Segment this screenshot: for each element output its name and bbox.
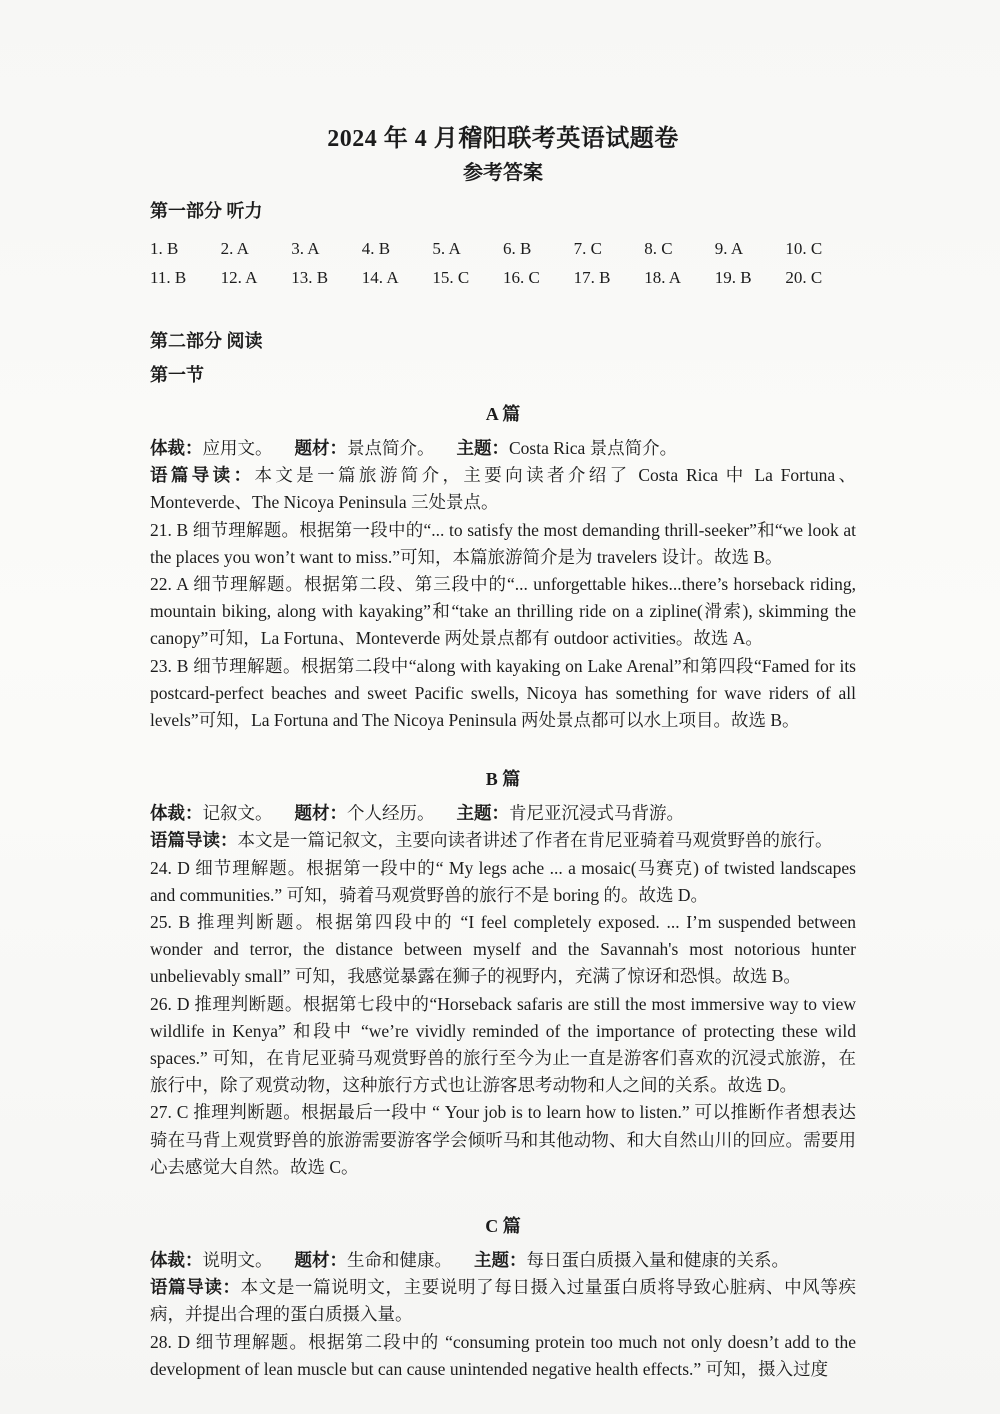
meta-material-label: 题材： <box>295 803 348 823</box>
passage-c-meta: 体裁：说明文。题材：生命和健康。主题：每日蛋白质摄入量和健康的关系。 <box>150 1247 856 1274</box>
meta-genre-label: 体裁： <box>150 803 203 823</box>
answer-cell: 5. A <box>432 234 503 263</box>
meta-theme: 主题：肯尼亚沉浸式马背游。 <box>457 803 685 823</box>
answer-cell: 7. C <box>574 234 645 263</box>
meta-material-label: 题材： <box>295 438 348 458</box>
meta-theme-label: 主题： <box>474 1250 527 1270</box>
meta-material-label: 题材： <box>295 1250 348 1270</box>
answer-cell: 8. C <box>644 234 715 263</box>
answer-cell: 15. C <box>432 263 503 292</box>
listening-answers-row-1: 1. B 2. A 3. A 4. B 5. A 6. B 7. C 8. C … <box>150 234 856 263</box>
meta-material: 题材：个人经历。 <box>295 803 435 823</box>
meta-theme-value: 肯尼亚沉浸式马背游。 <box>509 803 684 823</box>
answer-cell: 9. A <box>715 234 786 263</box>
guide-label: 语篇导读： <box>150 465 254 485</box>
answer-cell: 16. C <box>503 263 574 292</box>
answer-explanation-22: 22. A 细节理解题。根据第二段、第三段中的“... unforgettabl… <box>150 571 856 653</box>
answer-cell: 18. A <box>644 263 715 292</box>
answer-explanation-25: 25. B 推理判断题。根据第四段中的 “I feel completely e… <box>150 909 856 991</box>
meta-theme-label: 主题： <box>457 438 510 458</box>
document-content: 2024 年 4 月稽阳联考英语试题卷 参考答案 第一部分 听力 1. B 2.… <box>150 122 856 1383</box>
guide-label: 语篇导读： <box>150 830 238 850</box>
answer-cell: 6. B <box>503 234 574 263</box>
meta-genre: 体裁：记叙文。 <box>150 803 273 823</box>
passage-b-meta: 体裁：记叙文。题材：个人经历。主题：肯尼亚沉浸式马背游。 <box>150 800 856 827</box>
passage-b-heading: B 篇 <box>150 766 856 793</box>
answer-explanation-28: 28. D 细节理解题。根据第二段中的 “consuming protein t… <box>150 1329 856 1383</box>
guide-text: 本文是一篇说明文，主要说明了每日摄入过量蛋白质将导致心脏病、中风等疾病，并提出合… <box>150 1277 856 1324</box>
meta-material-value: 生命和健康。 <box>347 1250 452 1270</box>
section-heading-reading: 第二部分 阅读 <box>150 328 856 355</box>
passage-a-meta: 体裁：应用文。题材：景点简介。主题：Costa Rica 景点简介。 <box>150 435 856 462</box>
passage-b-guide: 语篇导读：本文是一篇记叙文，主要向读者讲述了作者在肯尼亚骑着马观赏野兽的旅行。 <box>150 827 856 854</box>
answer-cell: 19. B <box>715 263 786 292</box>
answer-cell: 4. B <box>362 234 433 263</box>
meta-theme-label: 主题： <box>457 803 510 823</box>
meta-genre-label: 体裁： <box>150 1250 203 1270</box>
section-heading-listening: 第一部分 听力 <box>150 198 856 225</box>
guide-label: 语篇导读： <box>150 1277 241 1297</box>
answer-cell: 17. B <box>574 263 645 292</box>
answer-cell: 1. B <box>150 234 221 263</box>
passage-c-heading: C 篇 <box>150 1213 856 1240</box>
answer-cell: 10. C <box>785 234 856 263</box>
document-page: 2024 年 4 月稽阳联考英语试题卷 参考答案 第一部分 听力 1. B 2.… <box>0 0 1000 1414</box>
page-title: 2024 年 4 月稽阳联考英语试题卷 <box>150 122 856 156</box>
meta-material: 题材：生命和健康。 <box>295 1250 453 1270</box>
answer-explanation-21: 21. B 细节理解题。根据第一段中的“... to satisfy the m… <box>150 517 856 571</box>
meta-theme: 主题：每日蛋白质摄入量和健康的关系。 <box>474 1250 789 1270</box>
meta-theme-value: Costa Rica 景点简介。 <box>509 438 677 458</box>
meta-material: 题材：景点简介。 <box>295 438 435 458</box>
meta-genre: 体裁：说明文。 <box>150 1250 273 1270</box>
meta-material-value: 个人经历。 <box>347 803 435 823</box>
meta-genre: 体裁：应用文。 <box>150 438 273 458</box>
meta-theme-value: 每日蛋白质摄入量和健康的关系。 <box>527 1250 790 1270</box>
meta-theme: 主题：Costa Rica 景点简介。 <box>457 438 678 458</box>
guide-text: 本文是一篇记叙文，主要向读者讲述了作者在肯尼亚骑着马观赏野兽的旅行。 <box>238 830 833 850</box>
guide-text: 本文是一篇旅游简介，主要向读者介绍了 Costa Rica 中 La Fortu… <box>150 465 856 512</box>
answer-cell: 2. A <box>221 234 292 263</box>
meta-genre-value: 说明文。 <box>203 1250 273 1270</box>
answer-explanation-27: 27. C 推理判断题。根据最后一段中 “ Your job is to lea… <box>150 1099 856 1181</box>
answer-cell: 14. A <box>362 263 433 292</box>
reading-subheading: 第一节 <box>150 362 856 389</box>
passage-a-guide: 语篇导读：本文是一篇旅游简介，主要向读者介绍了 Costa Rica 中 La … <box>150 462 856 516</box>
meta-genre-label: 体裁： <box>150 438 203 458</box>
listening-answers-row-2: 11. B 12. A 13. B 14. A 15. C 16. C 17. … <box>150 263 856 292</box>
meta-genre-value: 记叙文。 <box>203 803 273 823</box>
answer-explanation-23: 23. B 细节理解题。根据第二段中“along with kayaking o… <box>150 653 856 735</box>
meta-genre-value: 应用文。 <box>203 438 273 458</box>
answer-cell: 12. A <box>221 263 292 292</box>
passage-a-heading: A 篇 <box>150 401 856 428</box>
answer-cell: 13. B <box>291 263 362 292</box>
passage-c-guide: 语篇导读：本文是一篇说明文，主要说明了每日摄入过量蛋白质将导致心脏病、中风等疾病… <box>150 1274 856 1328</box>
page-subtitle: 参考答案 <box>150 158 856 188</box>
meta-material-value: 景点简介。 <box>347 438 435 458</box>
answer-cell: 20. C <box>785 263 856 292</box>
answer-explanation-26: 26. D 推理判断题。根据第七段中的“Horseback safaris ar… <box>150 991 856 1100</box>
answer-cell: 3. A <box>291 234 362 263</box>
answer-cell: 11. B <box>150 263 221 292</box>
answer-explanation-24: 24. D 细节理解题。根据第一段中的“ My legs ache ... a … <box>150 855 856 909</box>
